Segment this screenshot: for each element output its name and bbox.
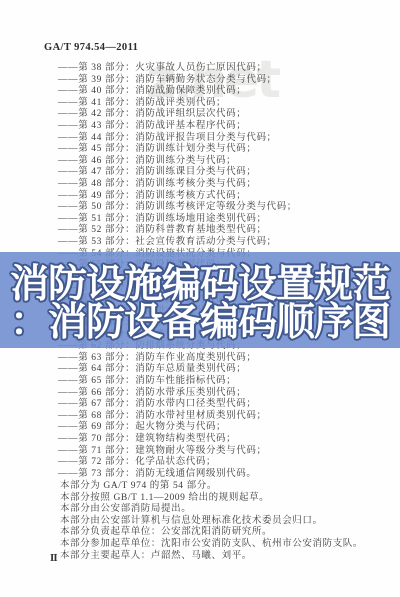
part-list-item: ——第 73 部分：消防无线通信网级别代码。 (58, 469, 400, 481)
part-list-item: ——第 51 部分：消防训练场地用途类别代码； (58, 214, 400, 226)
standard-number: GA/T 974.54—2011 (44, 42, 138, 53)
part-list-item: ——第 43 部分：消防战评基本程序代码； (58, 121, 400, 133)
foreword-line: 本部分由公安部消防局提出。 (60, 504, 400, 516)
foreword-line: 本部分参加起草单位：沈阳市公安消防支队、杭州市公安消防支队。 (60, 539, 400, 551)
part-list-item: ——第 65 部分：消防车性能指标代码； (58, 376, 400, 388)
part-list-item: ——第 47 部分：消防训练课目分类与代码； (58, 167, 400, 179)
part-list-item: ——第 71 部分：建筑物耐火等级分类与代码； (58, 446, 400, 458)
part-list-item: ——第 72 部分：化学品状态代码； (58, 457, 400, 469)
part-list-item: ——第 39 部分：消防车辆勤务状态分类与代码； (58, 75, 400, 87)
foreword-line: 本部分主要起草人：卢韶然、马曦、刘平。 (60, 551, 400, 563)
foreword-line: 本部分按照 GB/T 1.1—2009 给出的规则起草。 (60, 493, 400, 505)
part-list-item: ——第 41 部分：消防战评类别代码； (58, 98, 400, 110)
page-number: Ⅱ (50, 553, 58, 564)
foreword-paragraphs: 本部分为 GA/T 974 的第 54 部分。本部分按照 GB/T 1.1—20… (60, 481, 400, 562)
part-list-item: ——第 46 部分：消防训练分类与代码； (58, 156, 400, 168)
part-list-item: ——第 48 部分：消防训练考核分类与代码； (58, 179, 400, 191)
part-list-item: ——第 70 部分：建筑物结构类型代码； (58, 434, 400, 446)
document-page: z.net GA/T 974.54—2011 ——第 38 部分：火灾事故人员伤… (0, 0, 400, 597)
part-list-item: ——第 38 部分：火灾事故人员伤亡原因代码； (58, 63, 400, 75)
overlay-title-line2: ：消防设备编码顺序图 (0, 303, 400, 342)
part-list-item: ——第 44 部分：消防战评报告项目分类与代码； (58, 133, 400, 145)
part-list-item: ——第 66 部分：消防水带承压类别代码； (58, 388, 400, 400)
part-list-item: ——第 50 部分：消防训练考核评定等级分类与代码； (58, 202, 400, 214)
foreword-line: 本部分负责起草单位：公安部沈阳消防研究所。 (60, 527, 400, 539)
part-list-item: ——第 40 部分：消防战勤保障类别代码； (58, 86, 400, 98)
part-list-item: ——第 63 部分：消防车作业高度类别代码； (58, 353, 400, 365)
part-list-item: ——第 69 部分：起火物分类与代码； (58, 422, 400, 434)
foreword-line: 本部分为 GA/T 974 的第 54 部分。 (60, 481, 400, 493)
part-list-item: ——第 49 部分：消防训练考核方式代码； (58, 191, 400, 203)
part-list-item: ——第 68 部分：消防水带衬里材质类别代码； (58, 411, 400, 423)
part-list-item: ——第 42 部分：消防战评组织层次代码； (58, 109, 400, 121)
part-list-item: ——第 53 部分：社会宣传教育活动分类与代码； (58, 237, 400, 249)
part-list-item: ——第 64 部分：消防车总质量类别代码； (58, 364, 400, 376)
foreword-line: 本部分由公安部计算机与信息处理标准化技术委员会归口。 (60, 516, 400, 528)
part-list-item: ——第 52 部分：消防科普教育基地类型代码； (58, 225, 400, 237)
part-list-item: ——第 67 部分：消防水带内口径类型代码； (58, 399, 400, 411)
title-overlay-band: 消防设施编码设置规范 ：消防设备编码顺序图 (0, 252, 400, 348)
overlay-title-line1: 消防设施编码设置规范 (0, 265, 400, 304)
part-list-item: ——第 45 部分：消防训练计划分类与代码； (58, 144, 400, 156)
